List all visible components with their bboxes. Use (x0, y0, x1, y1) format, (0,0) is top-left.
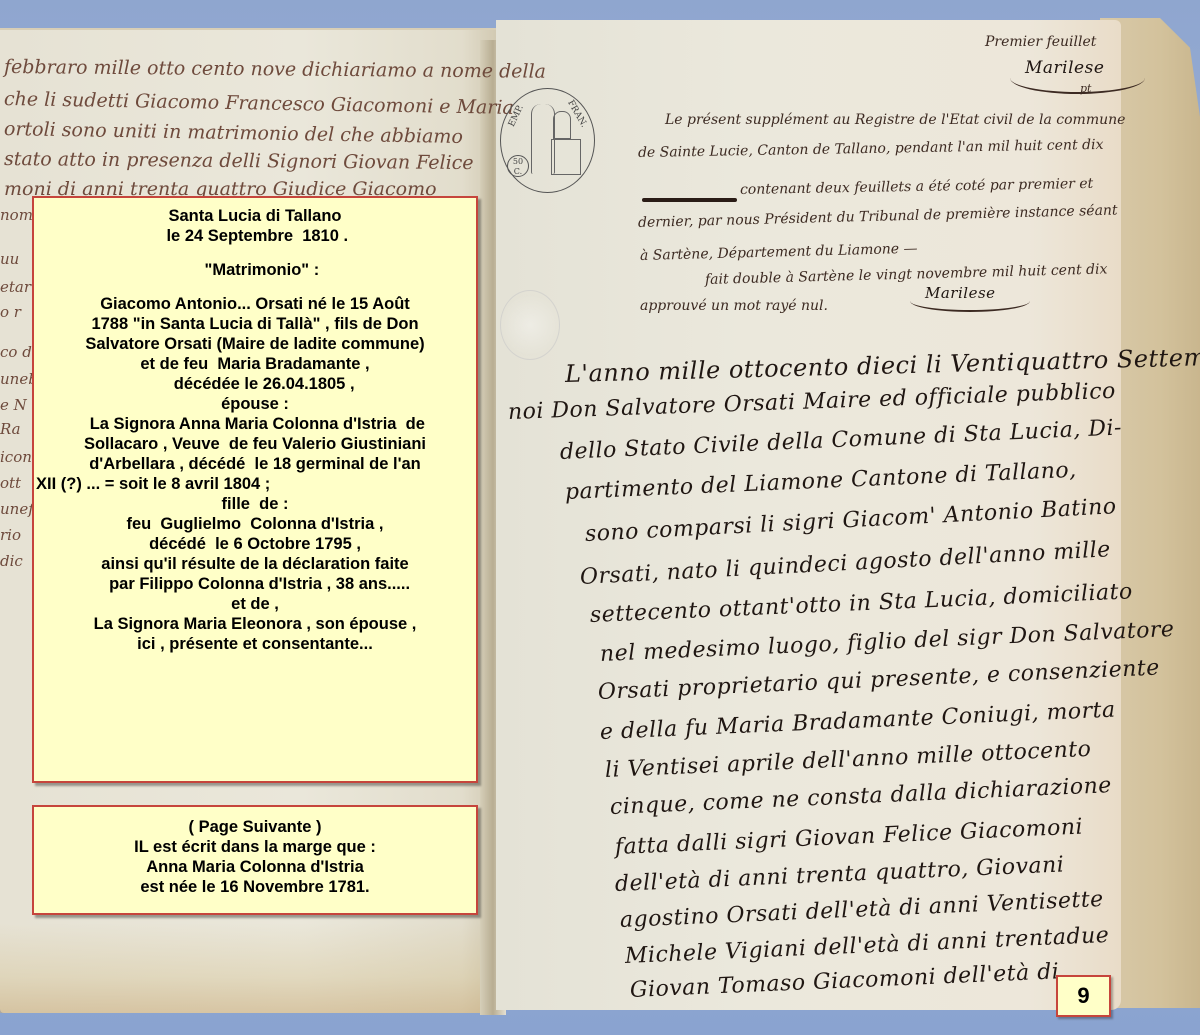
tax-stamp: EMP. FRAN. 50 C. (500, 88, 595, 193)
note-line: 1788 "in Santa Lucia di Tallà" , fils de… (34, 314, 476, 334)
note-date: le 24 Septembre 1810 . (34, 226, 476, 246)
page-number-badge: 9 (1056, 975, 1111, 1017)
note-line: par Filippo Colonna d'Istria , 38 ans...… (34, 574, 476, 594)
note-signature-flourish (910, 290, 1030, 312)
note-line: La Signora Anna Maria Colonna d'Istria d… (34, 414, 476, 434)
note-line: Giacomo Antonio... Orsati né le 15 Août (34, 294, 476, 314)
transcription-note: Santa Lucia di Tallano le 24 Septembre 1… (32, 196, 478, 783)
margin-fragment: uu (0, 250, 19, 268)
stamp-emp-text: EMP. (507, 104, 526, 129)
margin-fragment: icon (0, 448, 32, 466)
signature-flourish (1010, 62, 1145, 94)
note-line: feu Guglielmo Colonna d'Istria , (34, 514, 476, 534)
note-line: Sollacaro , Veuve de feu Valerio Giustin… (34, 434, 476, 454)
note-act-type: "Matrimonio" : (34, 260, 476, 280)
margin-fragment: Ra (0, 420, 21, 438)
note-line: IL est écrit dans la marge que : (34, 837, 476, 857)
margin-fragment: etar (0, 278, 31, 296)
stamp-altar-icon (551, 139, 581, 175)
note-place: Santa Lucia di Tallano (34, 206, 476, 226)
note-line: Anna Maria Colonna d'Istria (34, 857, 476, 877)
note-line: fille de : (34, 494, 476, 514)
margin-fragment: e N (0, 396, 27, 414)
note-line: et de , (34, 594, 476, 614)
french-note-line: Le présent supplément au Registre de l'E… (665, 112, 1125, 128)
embossed-seal (500, 290, 560, 360)
left-handwriting-line: stato atto in presenza delli Signori Gio… (4, 148, 474, 174)
note-line: Salvatore Orsati (Maire de ladite commun… (34, 334, 476, 354)
note-line: ainsi qu'il résulte de la déclaration fa… (34, 554, 476, 574)
margin-fragment: co d (0, 343, 32, 361)
note-line: La Signora Maria Eleonora , son épouse , (34, 614, 476, 634)
spacer (34, 246, 476, 260)
stamp-tablets-icon (553, 111, 571, 139)
note-line: et de feu Maria Bradamante , (34, 354, 476, 374)
margin-fragment: nom (0, 206, 33, 224)
stamp-value: 50 C. (507, 155, 529, 177)
premier-feuillet-label: Premier feuillet (985, 34, 1096, 50)
note-line: décédé le 6 Octobre 1795 , (34, 534, 476, 554)
note-line: épouse : (34, 394, 476, 414)
margin-fragment: ott (0, 474, 21, 492)
note-line: d'Arbellara , décédé le 18 germinal de l… (34, 454, 476, 474)
note-line: ici , présente et consentante... (34, 634, 476, 654)
note-line: XII (?) ... = soit le 8 avril 1804 ; (34, 474, 476, 494)
next-page-note: ( Page Suivante ) IL est écrit dans la m… (32, 805, 478, 915)
margin-fragment: dic (0, 552, 23, 570)
margin-fragment: rio (0, 526, 21, 544)
spacer (34, 280, 476, 294)
note-line: décédée le 26.04.1805 , (34, 374, 476, 394)
margin-fragment: o r (0, 303, 21, 321)
struck-word (642, 198, 737, 202)
note-line: est née le 16 Novembre 1781. (34, 877, 476, 897)
french-note-line: approuvé un mot rayé nul. (640, 298, 828, 314)
signature-suffix: pt (1080, 82, 1091, 95)
note-line: ( Page Suivante ) (34, 817, 476, 837)
